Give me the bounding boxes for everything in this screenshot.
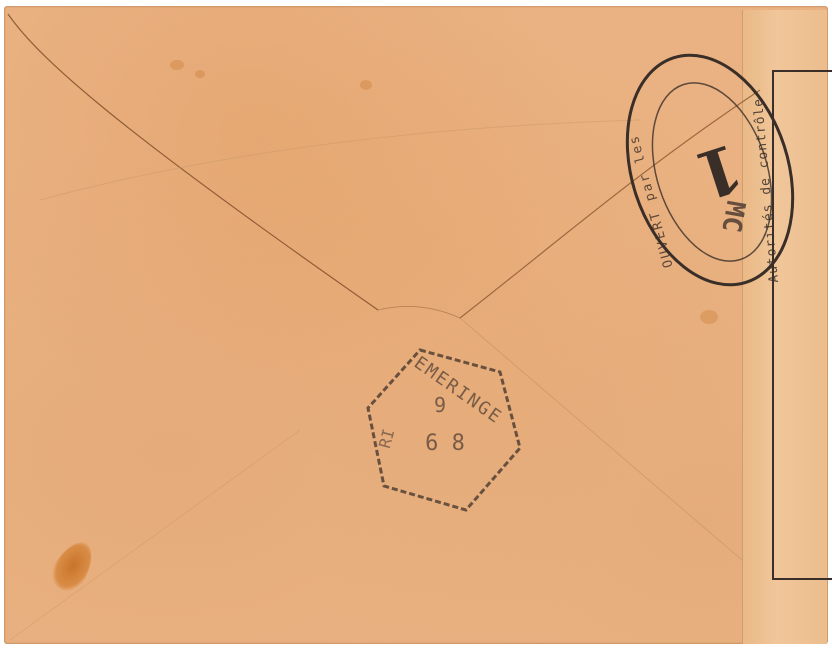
svg-text:9: 9 bbox=[434, 393, 446, 417]
postmark: EMERINGE 9 6 8 RI bbox=[0, 0, 832, 650]
svg-text:RI: RI bbox=[375, 427, 398, 451]
svg-text:EMERINGE: EMERINGE bbox=[410, 352, 506, 428]
svg-text:6 8: 6 8 bbox=[425, 431, 465, 456]
